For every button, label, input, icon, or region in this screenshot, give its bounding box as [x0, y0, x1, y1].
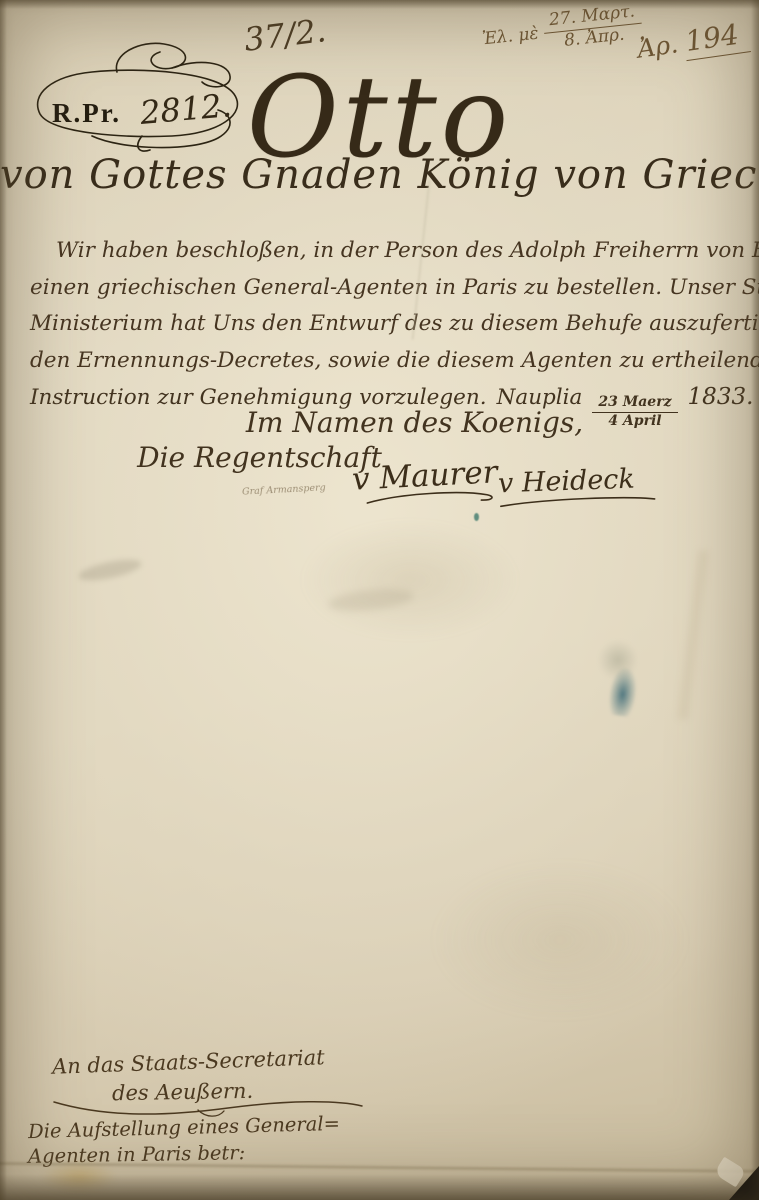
scan-edge	[751, 0, 759, 1200]
greek-number-value: 194	[681, 16, 751, 61]
body-line-2: einen griechischen General-Agenten in Pa…	[30, 270, 736, 307]
scan-edge	[0, 0, 759, 9]
address-line-1: An das Staats-Secretariat	[52, 1045, 325, 1079]
greek-number-label: Ἀρ.	[635, 29, 679, 63]
signature-maurer: v Maurer	[351, 454, 498, 498]
greek-date-note: Ἐλ. μὲ 27. Μαρτ. 8. Ἀπρ.	[480, 2, 644, 60]
stain	[430, 860, 690, 1020]
signature-armansperg: Graf Armansperg	[242, 481, 342, 497]
stain	[678, 550, 709, 720]
signature-heideck: v Heideck	[498, 464, 636, 500]
scan-edge	[0, 0, 7, 1200]
stain	[327, 586, 415, 615]
greek-date-fraction: 27. Μαρτ. 8. Ἀπρ.	[542, 2, 644, 53]
stain	[598, 640, 638, 680]
torn-corner-background	[729, 1166, 759, 1200]
body-paragraph: Wir haben beschloßen, in der Person des …	[30, 233, 736, 428]
file-number: 37/2.	[242, 11, 328, 59]
body-line-1: Wir haben beschloßen, in der Person des …	[30, 233, 736, 270]
subject-line-2: Agenten in Paris betr:	[28, 1141, 246, 1168]
greek-protocol-number: Ἀρ. 194	[635, 16, 751, 67]
blue-ink-dot	[474, 513, 479, 521]
royal-subtitle: von Gottes Gnaden König von Griechenland	[0, 152, 759, 198]
document-scan: R.Pr. 2812. 37/2. Ἐλ. μὲ 27. Μαρτ. 8. Ἀπ…	[0, 0, 759, 1200]
closing-in-the-name-of-king: Im Namen des Koenigs,	[0, 406, 759, 439]
blue-ink-stain	[607, 666, 639, 717]
body-line-4: den Ernennungs-Decretes, sowie die diese…	[30, 343, 736, 380]
body-line-3: Ministerium hat Uns den Entwurf des zu d…	[30, 306, 736, 343]
scan-edge	[0, 1174, 759, 1200]
stain	[300, 520, 520, 640]
greek-note-prefix: Ἐλ. μὲ	[481, 23, 539, 49]
stain	[77, 556, 143, 585]
